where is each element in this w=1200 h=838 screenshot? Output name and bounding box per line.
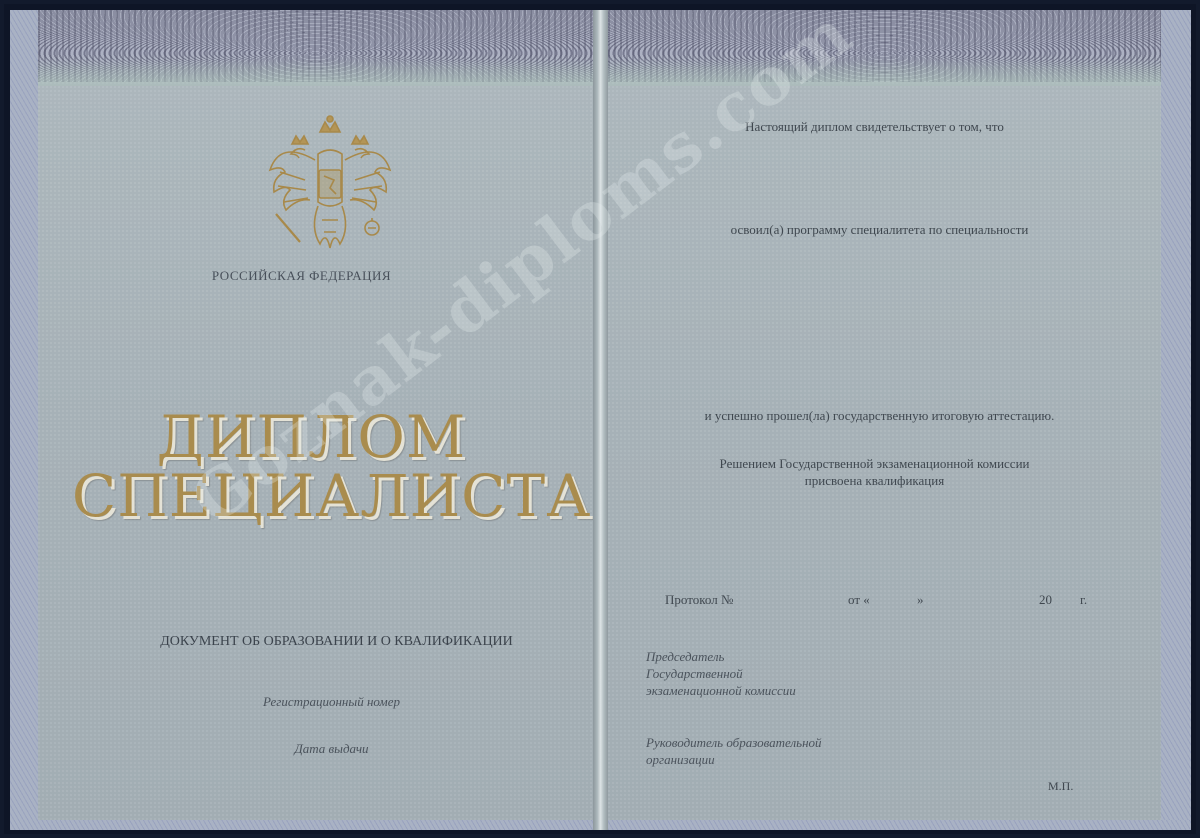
document-type: ДОКУМЕНТ ОБ ОБРАЗОВАНИИ И О КВАЛИФИКАЦИИ: [10, 634, 593, 650]
diploma-title-line2: СПЕЦИАЛИСТА: [10, 462, 593, 530]
protocol-year: 20: [1039, 592, 1052, 608]
registration-number-label: Регистрационный номер: [10, 694, 593, 710]
diploma-title-line1: ДИПЛОМ: [10, 403, 593, 471]
protocol-date-open: от «: [848, 592, 870, 608]
qualification-decision: Решением Государственной экзаменационной…: [608, 455, 1191, 489]
certification-intro: Настоящий диплом свидетельствует о том, …: [608, 119, 1191, 135]
protocol-year-suffix: г.: [1080, 592, 1087, 608]
spine-ribbon: [593, 10, 608, 830]
seal-placeholder: М.П.: [1048, 779, 1073, 794]
program-statement: освоил(а) программу специалитета по спец…: [608, 222, 1191, 238]
decision-line1: Решением Государственной экзаменационной…: [608, 455, 1141, 472]
protocol-label: Протокол №: [665, 592, 733, 608]
left-page: РОССИЙСКАЯ ФЕДЕРАЦИЯ ДИПЛОМ СПЕЦИАЛИСТА …: [10, 10, 593, 830]
head-signature-label: Руководитель образовательной организации: [646, 734, 822, 768]
coat-of-arms-icon: [260, 110, 400, 260]
right-page: Настоящий диплом свидетельствует о том, …: [608, 10, 1191, 830]
attestation-statement: и успешно прошел(ла) государственную ито…: [608, 408, 1191, 424]
protocol-date-close: »: [917, 592, 924, 608]
decision-line2: присвоена квалификация: [608, 472, 1141, 489]
issue-date-label: Дата выдачи: [10, 741, 593, 757]
country-name: РОССИЙСКАЯ ФЕДЕРАЦИЯ: [10, 268, 593, 284]
chairman-signature-label: Председатель Государственной экзаменацио…: [646, 648, 796, 699]
